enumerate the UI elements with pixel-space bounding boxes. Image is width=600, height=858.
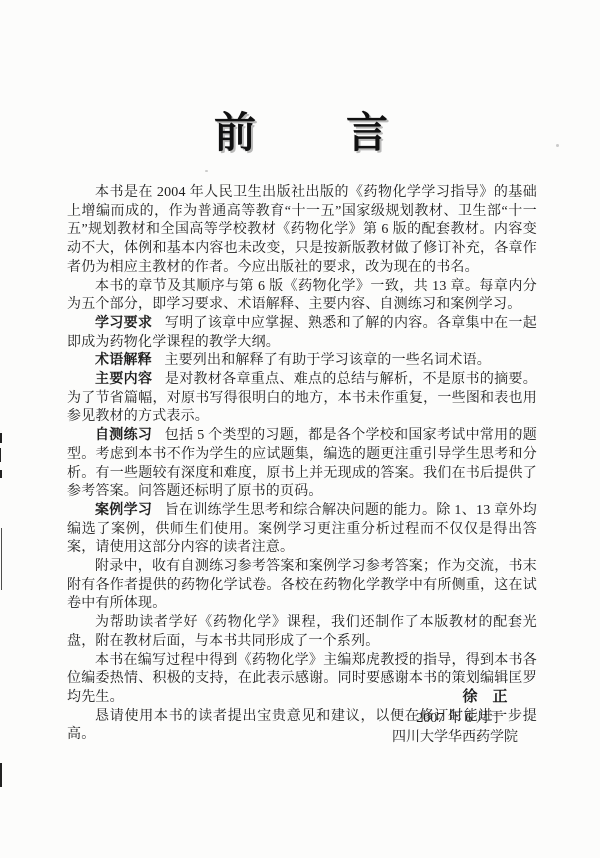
scan-speck xyxy=(205,170,208,172)
scan-artifact xyxy=(1,528,2,590)
scan-artifact xyxy=(0,448,1,462)
paragraph: 附录中，收有自测练习参考答案和案例学习参考答案；作为交流，书末附有各作者提供的药… xyxy=(67,558,537,614)
scan-speck xyxy=(497,522,499,524)
scan-artifact xyxy=(0,433,2,443)
paragraph: 本书的章节及其顺序与第 6 版《药物化学》一致，共 13 章。每章内分为五个部分… xyxy=(67,278,537,315)
signature-affiliation: 四川大学华西药学院 xyxy=(350,728,560,747)
scan-artifact xyxy=(0,470,2,478)
paragraph: 主要内容是对教材各章重点、难点的总结与解析，不是原书的摘要。为了节省篇幅，对原书… xyxy=(67,371,537,427)
author-name: 徐 正 xyxy=(350,688,560,707)
paragraph: 本书是在 2004 年人民卫生出版社出版的《药物化学学习指导》的基础上增编而成的… xyxy=(67,184,537,278)
paragraph-lead: 术语解释 xyxy=(95,353,152,368)
paragraph-lead: 主要内容 xyxy=(95,372,152,387)
signature-date: 2007 年 6 月于 xyxy=(350,709,560,728)
scanned-preface-page: 前 言 本书是在 2004 年人民卫生出版社出版的《药物化学学习指导》的基础上增… xyxy=(0,0,600,858)
paragraph: 学习要求写明了该章中应掌握、熟悉和了解的内容。各章集中在一起即成为药物化学课程的… xyxy=(67,315,537,352)
preface-body: 本书是在 2004 年人民卫生出版社出版的《药物化学学习指导》的基础上增编而成的… xyxy=(67,184,537,745)
paragraph: 自测练习包括 5 个类型的习题，都是各个学校和国家考试中常用的题型。考虑到本书不… xyxy=(67,427,537,502)
paragraph-lead: 学习要求 xyxy=(95,316,152,331)
paragraph: 为帮助读者学好《药物化学》课程，我们还制作了本版教材的配套光盘，附在教材后面，与… xyxy=(67,614,537,651)
paragraph-lead: 自测练习 xyxy=(95,428,152,443)
paragraph-text: 为帮助读者学好《药物化学》课程，我们还制作了本版教材的配套光盘，附在教材后面，与… xyxy=(67,615,537,649)
paragraph-text: 本书是在 2004 年人民卫生出版社出版的《药物化学学习指导》的基础上增编而成的… xyxy=(67,185,537,275)
paragraph-text: 主要列出和解释了有助于学习该章的一些名词术语。 xyxy=(164,353,491,368)
paragraph-lead: 案例学习 xyxy=(95,503,152,518)
scan-speck xyxy=(556,144,559,147)
signature-block: 徐 正 2007 年 6 月于 四川大学华西药学院 xyxy=(350,688,560,747)
paragraph: 术语解释主要列出和解释了有助于学习该章的一些名词术语。 xyxy=(67,352,537,371)
scan-speck xyxy=(420,395,422,397)
paragraph-text: 本书的章节及其顺序与第 6 版《药物化学》一致，共 13 章。每章内分为五个部分… xyxy=(67,279,537,313)
paragraph-text: 附录中，收有自测练习参考答案和案例学习参考答案；作为交流，书末附有各作者提供的药… xyxy=(67,559,537,611)
scan-artifact xyxy=(0,763,2,787)
paragraph: 案例学习旨在训练学生思考和综合解决问题的能力。除 1、13 章外均编选了案例，供… xyxy=(67,502,537,558)
page-title: 前 言 xyxy=(67,100,537,160)
